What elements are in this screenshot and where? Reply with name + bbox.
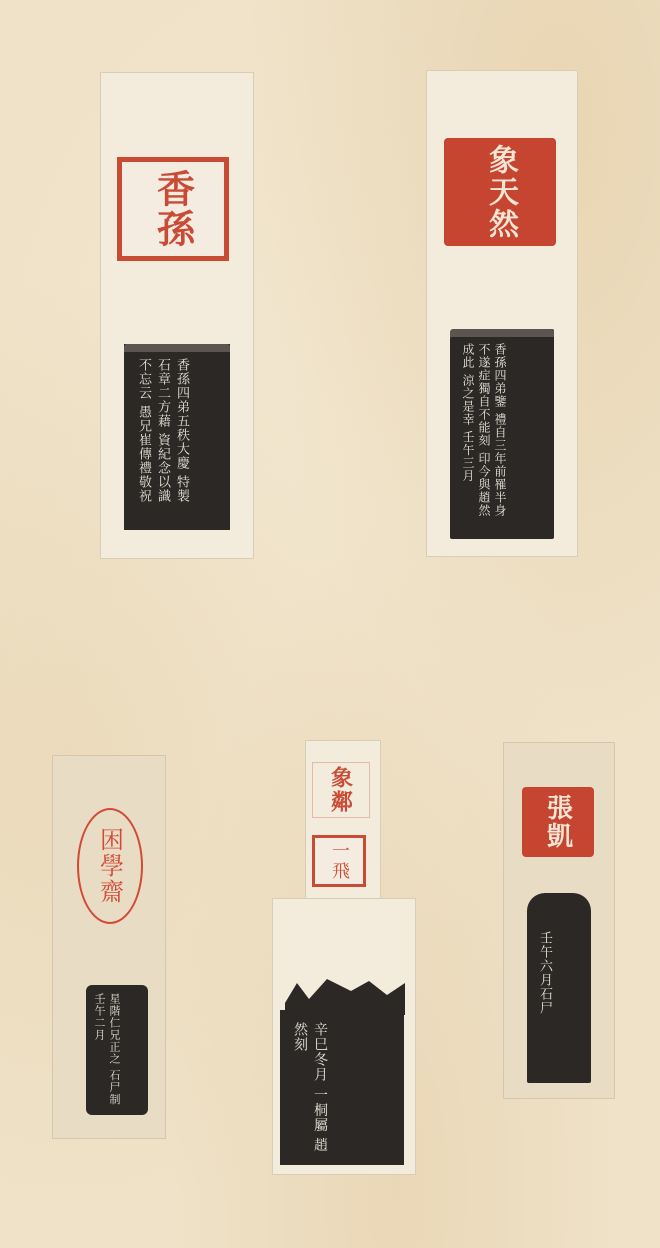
inscription-text: 星階仁兄正之 石尸制 壬午二月 <box>92 993 122 1107</box>
seal-characters: 困學齋 <box>93 827 128 905</box>
seal-bottom-middle-2: 一飛 <box>312 835 366 887</box>
seal-characters: 象天然 <box>478 144 522 240</box>
inscription-text: 香孫四弟鑒 禮自三年前罹半身 不遂症獨自不能刻 印今與趙然成此 涼之是幸 壬午三… <box>460 343 508 525</box>
inscription-text: 香孫四弟五秩大慶 特製石章二方藉 資紀念以識不忘云 愚兄崔傳禮敬祝 <box>134 358 191 516</box>
rubbing-bottom-left: 星階仁兄正之 石尸制 壬午二月 <box>86 985 148 1115</box>
inscription-text: 辛巳冬月 一桐屬 趙然刻 <box>290 1022 330 1153</box>
inscription-text: 壬午六月石尸 <box>535 931 554 1073</box>
seal-characters: 一飛 <box>326 841 352 881</box>
seal-characters: 象鄰 <box>326 766 357 814</box>
seal-top-left: 香孫 <box>117 157 229 261</box>
seal-bottom-right: 張凱 <box>522 787 594 857</box>
rubbing-top-right: 香孫四弟鑒 禮自三年前罹半身 不遂症獨自不能刻 印今與趙然成此 涼之是幸 壬午三… <box>450 329 554 539</box>
rubbing-bottom-middle: 辛巳冬月 一桐屬 趙然刻 <box>280 1010 404 1165</box>
seal-characters: 香孫 <box>146 169 201 249</box>
seal-bottom-middle-1: 象鄰 <box>312 762 370 818</box>
rubbing-cap <box>124 344 230 352</box>
rubbing-top-left: 香孫四弟五秩大慶 特製石章二方藉 資紀念以識不忘云 愚兄崔傳禮敬祝 <box>124 344 230 530</box>
seal-bottom-left: 困學齋 <box>77 808 143 924</box>
seal-top-right: 象天然 <box>444 138 556 246</box>
rubbing-bottom-right: 壬午六月石尸 <box>527 893 591 1083</box>
rubbing-cap <box>450 329 554 337</box>
seal-characters: 張凱 <box>540 794 577 850</box>
